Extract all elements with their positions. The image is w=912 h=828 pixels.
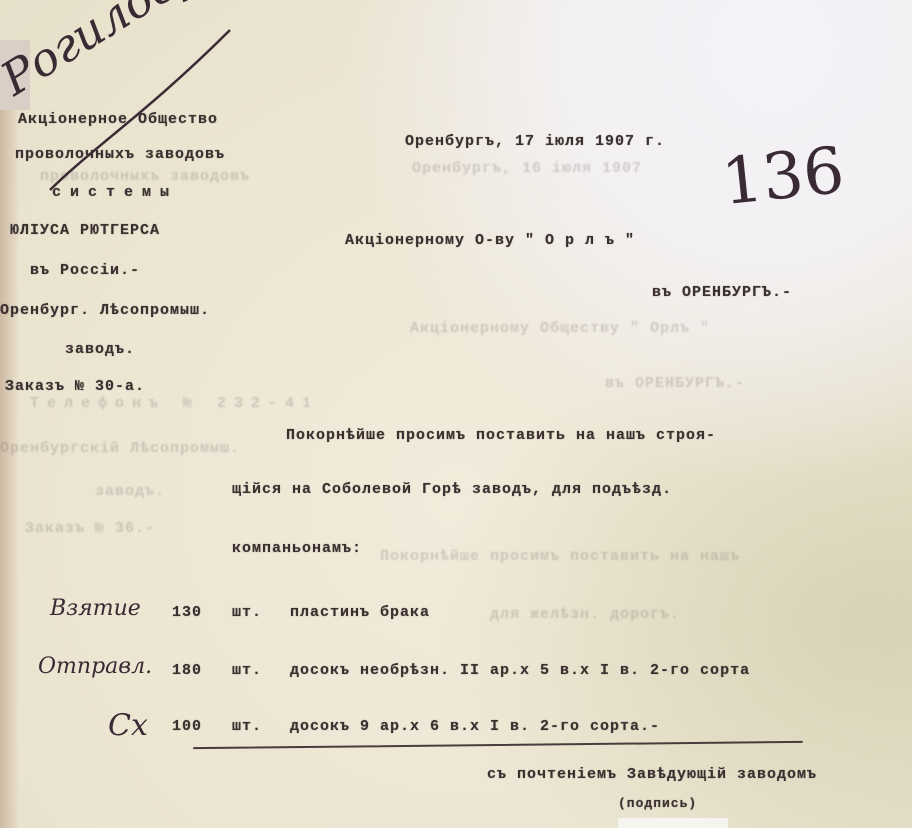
ghost-text: для желѣзн. дорогъ. [490,606,680,623]
letterhead-plant: заводъ. [65,341,135,358]
order-number: Заказъ № 30-а. [5,378,145,395]
letterhead-location: Оренбург. Лѣсопромыш. [0,302,210,319]
body-line-3: компаньонамъ: [232,540,362,557]
item-annotation: Сх [108,708,148,743]
addressee-city: въ ОРЕНБУРГЪ.- [652,284,792,301]
item-qty: 180 [172,662,202,679]
letterhead-country: въ Россіи.- [30,262,140,279]
ghost-text: Акціонерному Обществу " Орлъ " [410,320,710,337]
signature-flourish [30,0,240,200]
item-unit: шт. [232,718,262,735]
ghost-text: Покорнѣйше просимъ поставить на нашъ [380,548,740,565]
ghost-text: въ ОРЕНБУРГЪ.- [605,375,745,392]
ghost-text: Заказъ № 36.- [25,520,155,537]
item-annotation: Взятие [50,596,141,621]
ghost-text: Оренбургъ, 16 іюля 1907 [412,160,642,177]
ghost-text: Оренбургскій Лѣсопромыш. [0,440,240,457]
item-annotation: Отправл. [38,654,152,679]
item-qty: 100 [172,718,202,735]
item-qty: 130 [172,604,202,621]
handwritten-archive-number: 136 [718,134,847,220]
item-unit: шт. [232,604,262,621]
item-description: пластинъ брака [290,604,430,621]
signature-line: (подпись) [618,796,697,811]
photo-edge [618,818,728,828]
ghost-text: заводъ. [95,483,165,500]
body-line-1: Покорнѣйше просимъ поставить на нашъ стр… [286,427,716,444]
letterhead-founder: ЮЛІУСА РЮТГЕРСА [10,222,160,239]
ghost-text: Телефонъ № 232-41 [30,395,319,412]
item-description: досокъ 9 ар.х 6 в.х I в. 2-го сорта.- [290,718,660,735]
item-unit: шт. [232,662,262,679]
closing: съ почтеніемъ Завѣдующій заводомъ [487,766,817,783]
addressee-name: Акціонерному О-ву " О р л ъ " [345,232,635,249]
body-line-2: щійся на Соболевой Горѣ заводъ, для подъ… [232,481,672,498]
item-description: досокъ необрѣзн. II ар.х 5 в.х I в. 2-го… [290,662,750,679]
dateline: Оренбургъ, 17 іюля 1907 г. [405,133,665,150]
